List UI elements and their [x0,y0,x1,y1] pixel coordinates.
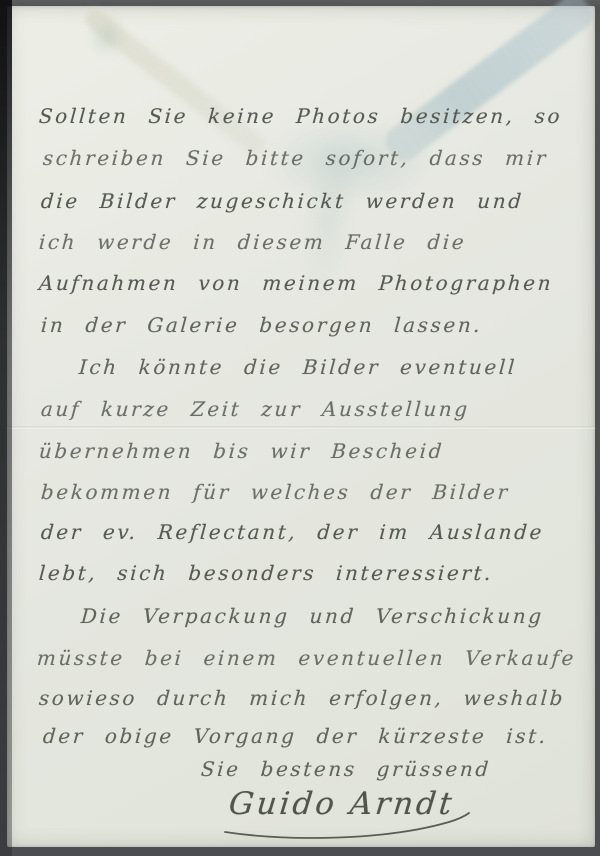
letter-line: lebt, sich besonders interessiert. [38,561,494,585]
letter-line: müsste bei einem eventuellen Verkaufe [36,646,577,670]
letter-closing: Sie bestens grüssend [200,757,492,781]
letter-line: der ev. Reflectant, der im Auslande [40,520,545,544]
letter-line: die Bilder zugeschickt werden und [40,189,524,213]
letter-line: Ich könnte die Bilder eventuell [78,355,518,379]
letter-line: bekommen für welches der Bilder [40,480,510,504]
letter-line: ich werde in diesem Falle die [38,230,467,254]
letter-line: Aufnahmen von meinem Photographen [38,271,554,295]
signature-flourish [197,812,487,846]
letter-line: übernehmen bis wir Bescheid [38,439,445,463]
blue-stain-streak [380,0,598,166]
letter-line: in der Galerie besorgen lassen. [40,313,483,337]
top-stain-spot [87,14,127,58]
letter-line: sowieso durch mich erfolgen, weshalb [38,686,566,710]
letter-line: auf kurze Zeit zur Ausstellung [40,397,470,421]
letter-line: schreiben Sie bitte sofort, dass mir [42,146,549,170]
letter-line: Die Verpackung und Verschickung [80,604,544,628]
letter-line: Sollten Sie keine Photos besitzen, so [38,104,563,128]
tan-stain-streak [81,5,270,159]
fold-crease [7,426,595,429]
letter-line: der obige Vorgang der kürzeste ist. [42,724,548,748]
scanned-letter: Sollten Sie keine Photos besitzen, so sc… [0,0,600,856]
letter-page: Sollten Sie keine Photos besitzen, so sc… [7,6,595,847]
